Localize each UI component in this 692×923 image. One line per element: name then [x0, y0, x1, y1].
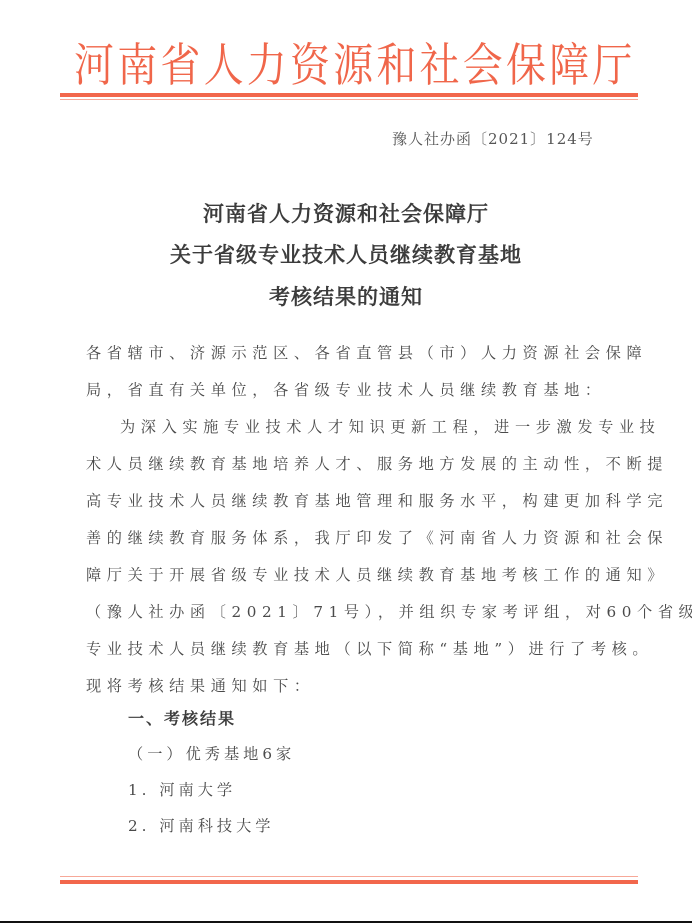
body-line-10: 现将考核结果通知如下： — [86, 675, 315, 696]
title-line-1: 河南省人力资源和社会保障厅 — [0, 198, 692, 228]
title-line-2: 关于省级专业技术人员继续教育基地 — [0, 239, 692, 269]
body-line-4: 术人员继续教育基地培养人才、服务地方发展的主动性，不断提 — [86, 453, 668, 474]
body-line-6: 善的继续教育服务体系，我厅印发了《河南省人力资源和社会保 — [86, 527, 668, 548]
section-heading: 一、考核结果 — [128, 706, 236, 729]
body-line-1: 各省辖市、济源示范区、各省直管县（市）人力资源社会保障 — [86, 342, 647, 363]
result-item-1: 1. 河南大学 — [128, 779, 236, 800]
body-line-5: 高专业技术人员继续教育基地管理和服务水平，构建更加科学完 — [86, 490, 668, 511]
header-red-rule-thin — [60, 99, 638, 100]
title-line-3: 考核结果的通知 — [0, 281, 692, 311]
header-red-rule-thick — [60, 93, 638, 97]
footer-red-rule-thin — [60, 876, 638, 877]
document-number: 豫人社办函〔2021〕124号 — [392, 128, 594, 149]
body-line-3: 为深入实施专业技术人才知识更新工程，进一步激发专业技 — [120, 416, 660, 437]
body-line-7: 障厅关于开展省级专业技术人员继续教育基地考核工作的通知》 — [86, 564, 668, 585]
section-subheading: （一）优秀基地6家 — [128, 743, 295, 764]
body-line-8: （豫人社办函〔2021〕71号），并组织专家考评组，对60个省级 — [86, 601, 692, 622]
body-line-9: 专业技术人员继续教育基地（以下简称“基地”）进行了考核。 — [86, 638, 653, 659]
result-item-2: 2. 河南科技大学 — [128, 815, 274, 836]
body-line-2: 局，省直有关单位，各省级专业技术人员继续教育基地： — [86, 379, 606, 400]
letterhead-org-name: 河南省人力资源和社会保障厅 — [74, 36, 634, 96]
document-page: 河南省人力资源和社会保障厅 豫人社办函〔2021〕124号 河南省人力资源和社会… — [0, 0, 692, 921]
footer-red-rule-thick — [60, 880, 638, 884]
